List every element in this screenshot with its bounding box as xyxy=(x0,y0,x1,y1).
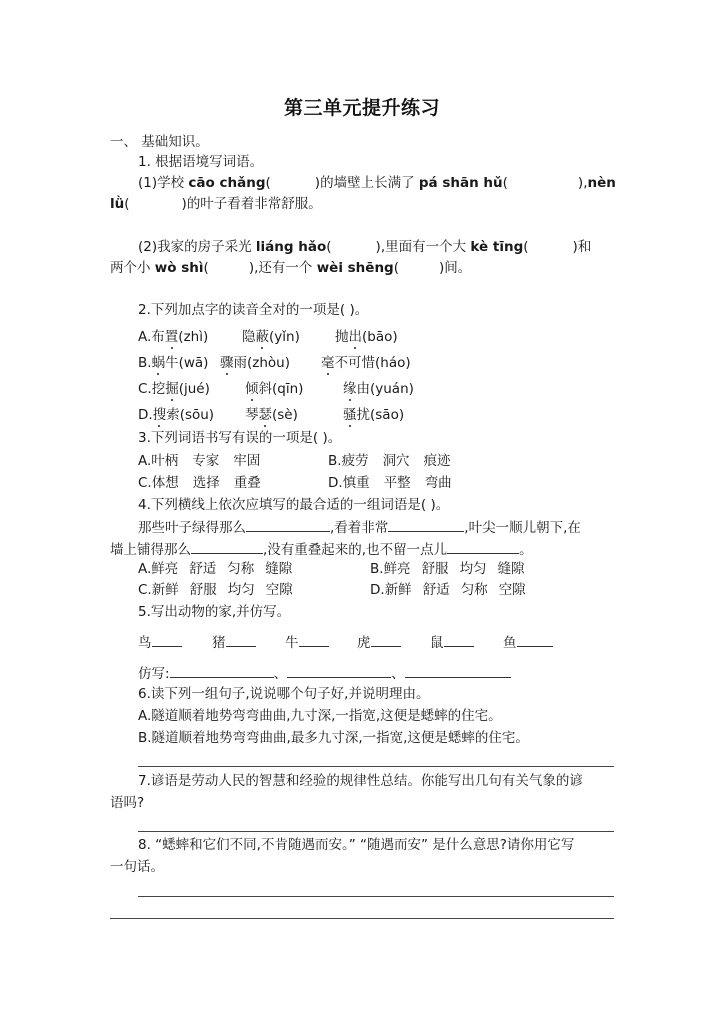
word-part: 雨 xyxy=(234,355,248,371)
pinyin-ke-ting: kè tīng xyxy=(470,239,523,255)
q1-item2-text-f: 间。 xyxy=(444,260,471,276)
dotted-char: 倾 xyxy=(245,380,259,398)
word: 叶柄 xyxy=(151,453,178,469)
dotted-char: 毫 xyxy=(321,354,335,372)
word: 均匀 xyxy=(460,561,487,577)
dotted-char: 掘 xyxy=(165,380,179,398)
q2-option-c-word3: 缘由(yuán) xyxy=(343,380,414,398)
pinyin: (qīn) xyxy=(272,381,303,397)
word-part: 扰 xyxy=(357,407,371,423)
fill-blank[interactable] xyxy=(405,664,511,678)
q3-option-d[interactable]: D.慎重平整弯曲 xyxy=(328,474,452,492)
dotted-char: 骚 xyxy=(343,406,357,424)
q4-passage-line1: 那些叶子绿得那么,看着非常,叶尖一顺儿朝下,在 xyxy=(138,518,581,537)
word-part: 琴 xyxy=(245,407,259,423)
q2-option-c-word2: 倾斜(qīn) xyxy=(245,380,303,398)
dotted-char: 缘 xyxy=(343,380,357,398)
fill-blank[interactable] xyxy=(226,633,256,647)
q4-option-d[interactable]: D.新鲜舒适匀称空隙 xyxy=(370,581,526,599)
q6-prompt: 6.读下列一组句子,说说哪个句子好,并说明理由。 xyxy=(138,685,429,703)
word-part: 由 xyxy=(357,381,371,397)
q2-prompt: 2.下列加点字的读音全对的一项是( )。 xyxy=(138,301,368,319)
q2-option-a-word2: 隐蔽(yǐn) xyxy=(242,328,300,346)
q8-line1: 8. “蟋蟀和它们不同,不肯随遇而安。” “随遇而安” 是什么意思?请你用它写 xyxy=(138,836,574,854)
pinyin: (sōu) xyxy=(180,407,214,423)
q1-item2-text-c: 和 xyxy=(578,239,592,255)
q2-option-a-word3: 抛出(bāo) xyxy=(335,328,398,346)
imitate-row: 仿写:、、 xyxy=(138,664,511,683)
answer-line[interactable] xyxy=(138,766,614,767)
q3-prompt: 3.下列词语书写有误的一项是( )。 xyxy=(138,429,341,447)
word-part: 牛 xyxy=(165,355,179,371)
word: 体想 xyxy=(152,475,179,491)
answer-line[interactable] xyxy=(138,896,614,897)
animal-home-tiger: 虎 xyxy=(357,633,401,652)
pinyin-wei-sheng: wèi shēng xyxy=(317,260,394,276)
word: 疲劳 xyxy=(342,453,369,469)
word: 均匀 xyxy=(228,582,255,598)
q3-option-c[interactable]: C.体想选择重叠 xyxy=(138,474,261,492)
word: 慎重 xyxy=(343,475,370,491)
word: 弯曲 xyxy=(425,475,452,491)
word: 空隙 xyxy=(499,582,526,598)
option-label: D. xyxy=(370,582,385,598)
fill-blank[interactable] xyxy=(170,664,274,678)
imitate-label: 仿写: xyxy=(138,666,170,682)
word: 选择 xyxy=(193,475,220,491)
q2-option-b[interactable]: B.蜗牛(wā) xyxy=(138,354,208,372)
q1-item1-text-a: (1)学校 xyxy=(138,175,184,191)
pinyin-nen: nèn xyxy=(588,175,616,191)
animal-home-pig: 猪 xyxy=(212,633,256,652)
dotted-char: 出 xyxy=(349,328,363,346)
word-part: 挖 xyxy=(152,381,166,397)
q1-item2-text-d: 两个小 xyxy=(110,260,151,276)
passage-text: 那些叶子绿得那么 xyxy=(138,520,246,536)
animal-label: 猪 xyxy=(212,635,226,651)
q5-prompt: 5.写出动物的家,并仿写。 xyxy=(138,603,290,621)
dotted-char: 搜 xyxy=(153,406,167,424)
pinyin: (háo) xyxy=(375,355,411,371)
word-part: 抛 xyxy=(335,329,349,345)
animal-home-cow: 牛 xyxy=(285,633,329,652)
q1-item2-text-a: (2)我家的房子采光 xyxy=(138,239,252,255)
option-label: A. xyxy=(138,329,151,345)
pinyin: (sāo) xyxy=(370,407,404,423)
q7-line1: 7.谚语是劳动人民的智慧和经验的规律性总结。你能写出几句有关气象的谚 xyxy=(138,772,583,790)
pinyin: (wā) xyxy=(179,355,209,371)
word: 专家 xyxy=(192,453,219,469)
q4-option-b[interactable]: B.鲜亮舒服均匀缝隙 xyxy=(370,560,525,578)
fill-blank[interactable] xyxy=(191,540,263,554)
word: 重叠 xyxy=(234,475,261,491)
option-label: B. xyxy=(328,453,342,469)
word: 匀称 xyxy=(227,561,254,577)
q1-item2-text-b: ,里面有一个大 xyxy=(381,239,466,255)
option-label: A. xyxy=(138,561,151,577)
word: 缝隙 xyxy=(498,561,525,577)
passage-text: ,看着非常 xyxy=(330,520,388,536)
word: 痕迹 xyxy=(424,453,451,469)
q4-option-a[interactable]: A.鲜亮舒适匀称缝隙 xyxy=(138,560,292,578)
option-label: D. xyxy=(328,475,343,491)
worksheet-page: 第三单元提升练习 一、 基础知识。 1. 根据语境写词语。 (1)学校 cāo … xyxy=(0,0,724,1024)
q3-option-a[interactable]: A.叶柄专家牢固 xyxy=(138,452,260,470)
word: 舒服 xyxy=(422,561,449,577)
separator: 、 xyxy=(391,666,405,682)
q1-prompt: 1. 根据语境写词语。 xyxy=(138,153,263,171)
q6-sentence-b: B.隧道顺着地势弯弯曲曲,最多九寸深,一指宽,这便是蟋蟀的住宅。 xyxy=(138,729,529,747)
fill-blank[interactable] xyxy=(287,664,391,678)
q2-option-a[interactable]: A.布置(zhì) xyxy=(138,328,208,346)
animal-label: 虎 xyxy=(357,635,371,651)
option-label: C. xyxy=(138,475,152,491)
word: 缝隙 xyxy=(265,561,292,577)
pinyin-cao-chang: cāo chǎng xyxy=(188,175,265,191)
word: 舒服 xyxy=(190,582,217,598)
q2-option-d[interactable]: D.搜索(sōu) xyxy=(138,406,214,424)
answer-line[interactable] xyxy=(110,918,614,919)
pinyin-wo-shi: wò shì xyxy=(155,260,204,276)
animal-label: 鸟 xyxy=(138,635,152,651)
dotted-char: 置 xyxy=(165,328,179,346)
q2-option-d-word3: 骚扰(sāo) xyxy=(343,406,404,424)
word: 鲜亮 xyxy=(151,561,178,577)
dotted-char: 蜗 xyxy=(152,354,166,372)
q6-sentence-a: A.隧道顺着地势弯弯曲曲,九寸深,一指宽,这便是蟋蟀的住宅。 xyxy=(138,707,502,725)
q4-option-c[interactable]: C.新鲜舒服均匀空隙 xyxy=(138,581,293,599)
dotted-char: 骤 xyxy=(220,354,234,372)
answer-line[interactable] xyxy=(138,831,614,832)
dotted-char: 蔽 xyxy=(256,328,270,346)
q2-option-b-word3: 毫不可惜(háo) xyxy=(321,354,411,372)
q1-item1-text-b: 的墙壁上长满了 xyxy=(320,175,415,191)
passage-text: 。 xyxy=(519,542,533,558)
q2-option-c[interactable]: C.挖掘(jué) xyxy=(138,380,210,398)
pinyin: (yǐn) xyxy=(269,329,300,345)
animal-home-fish: 鱼 xyxy=(503,633,553,652)
option-label: C. xyxy=(138,582,152,598)
q4-passage-line2: 墙上铺得那么,没有重叠起来的,也不留一点儿。 xyxy=(110,540,533,559)
word: 新鲜 xyxy=(152,582,179,598)
option-label: B. xyxy=(370,561,384,577)
fill-blank[interactable] xyxy=(447,540,519,554)
word: 匀称 xyxy=(461,582,488,598)
pinyin: (zhì) xyxy=(178,329,208,345)
option-label: B. xyxy=(138,355,152,371)
q1-item2-text-e: ,还有一个 xyxy=(254,260,312,276)
word-part: 斜 xyxy=(259,381,273,397)
word: 洞穴 xyxy=(383,453,410,469)
section-heading: 一、 基础知识。 xyxy=(110,133,209,151)
q4-prompt: 4.下列横线上依次应填写的最合适的一组词语是( )。 xyxy=(138,496,449,514)
passage-text: ,没有重叠起来的,也不留一点儿 xyxy=(263,542,447,558)
dotted-char: 瑟 xyxy=(259,406,273,424)
word: 新鲜 xyxy=(385,582,412,598)
fill-blank[interactable] xyxy=(152,633,182,647)
q7-line2: 语吗? xyxy=(110,794,144,812)
animal-label: 鼠 xyxy=(430,635,444,651)
word: 鲜亮 xyxy=(384,561,411,577)
fill-blank[interactable] xyxy=(246,518,330,532)
fill-blank[interactable] xyxy=(388,518,464,532)
passage-text: ,叶尖一顺儿朝下,在 xyxy=(464,520,581,536)
q1-item2-line2: 两个小 wò shì(),还有一个 wèi shēng()间。 xyxy=(110,259,471,277)
animal-label: 牛 xyxy=(285,635,299,651)
word-part: 索 xyxy=(166,407,180,423)
word-part: 布 xyxy=(151,329,165,345)
word: 舒适 xyxy=(189,561,216,577)
pinyin: (yuán) xyxy=(370,381,414,397)
option-label: A. xyxy=(138,453,151,469)
pinyin: (sè) xyxy=(272,407,298,423)
fill-blank[interactable] xyxy=(299,633,329,647)
word-part: 不可惜 xyxy=(335,355,376,371)
word: 平整 xyxy=(384,475,411,491)
word: 舒适 xyxy=(423,582,450,598)
fill-blank[interactable] xyxy=(371,633,401,647)
pinyin-lv: lǜ xyxy=(110,196,124,212)
fill-blank[interactable] xyxy=(444,633,474,647)
pinyin: (bāo) xyxy=(362,329,398,345)
option-label: D. xyxy=(138,407,153,423)
word-part: 隐 xyxy=(242,329,256,345)
fill-blank[interactable] xyxy=(517,633,553,647)
q1-item1-line2: lǜ()的叶子看着非常舒服。 xyxy=(110,195,322,213)
q2-option-d-word2: 琴瑟(sè) xyxy=(245,406,298,424)
animal-home-mouse: 鼠 xyxy=(430,633,474,652)
page-title: 第三单元提升练习 xyxy=(0,93,724,120)
pinyin-liang-hao: liáng hǎo xyxy=(256,239,326,255)
passage-text: 墙上铺得那么 xyxy=(110,542,191,558)
option-label: C. xyxy=(138,381,152,397)
q1-item1-line1: (1)学校 cāo chǎng()的墙壁上长满了 pá shān hǔ(),nè… xyxy=(138,174,616,192)
q3-option-b[interactable]: B.疲劳洞穴痕迹 xyxy=(328,452,451,470)
q1-item2-line1: (2)我家的房子采光 liáng hǎo(),里面有一个大 kè tīng()和 xyxy=(138,238,591,256)
separator: 、 xyxy=(274,666,288,682)
animal-label: 鱼 xyxy=(503,635,517,651)
word: 牢固 xyxy=(233,453,260,469)
q1-item1-text-d: 的叶子看着非常舒服。 xyxy=(187,196,322,212)
pinyin: (jué) xyxy=(179,381,210,397)
q8-line2: 一句话。 xyxy=(110,858,164,876)
q2-option-b-word2: 骤雨(zhòu) xyxy=(220,354,290,372)
pinyin-pa-shan-hu: pá shān hǔ xyxy=(419,175,503,191)
animal-home-bird: 鸟 xyxy=(138,633,182,652)
word: 空隙 xyxy=(266,582,293,598)
pinyin: (zhòu) xyxy=(247,355,290,371)
